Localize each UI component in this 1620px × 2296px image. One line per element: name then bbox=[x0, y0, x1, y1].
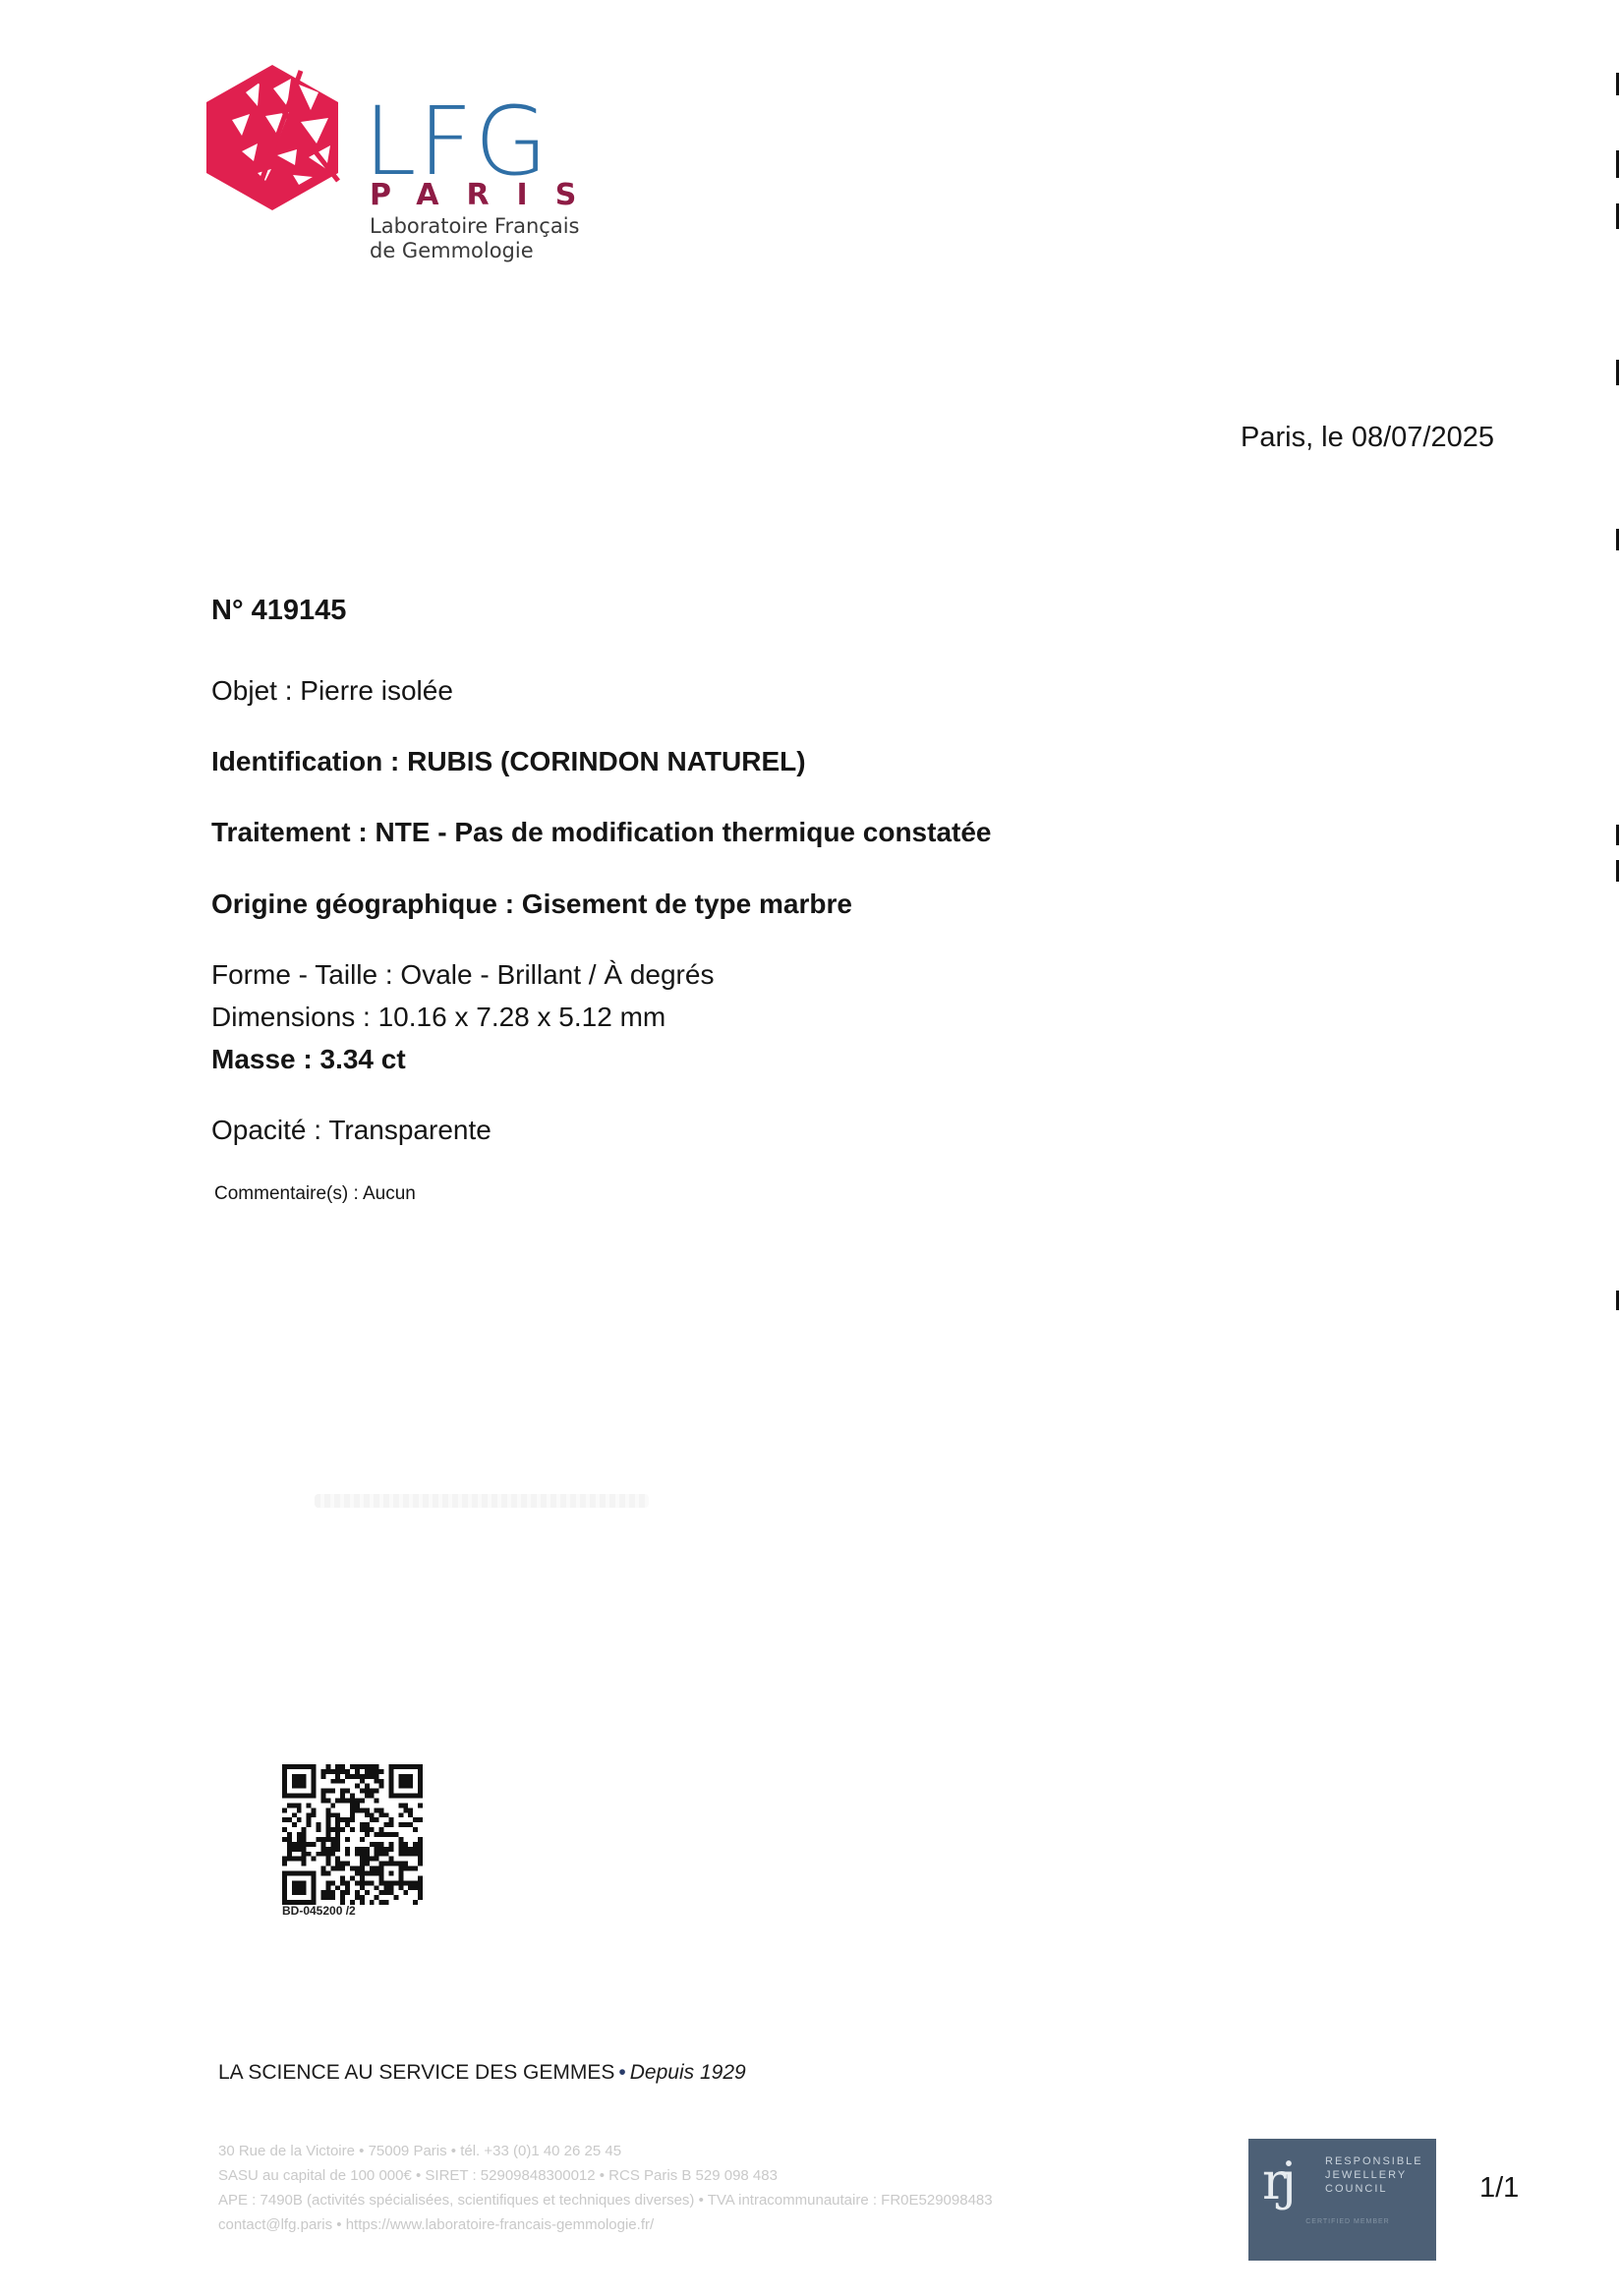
tagline-since: Depuis 1929 bbox=[630, 2061, 746, 2084]
footer-company-registration: SASU au capital de 100 000€ • SIRET : 52… bbox=[218, 2166, 778, 2186]
rjc-badge-text: RESPONSIBLE JEWELLERY COUNCIL bbox=[1325, 2154, 1423, 2196]
scan-edge-mark bbox=[1616, 529, 1619, 550]
report-date: Paris, le 08/07/2025 bbox=[1241, 421, 1494, 454]
scan-edge-mark bbox=[1616, 825, 1619, 845]
field-objet: Objet : Pierre isolée bbox=[211, 674, 453, 708]
scan-edge-mark bbox=[1616, 203, 1619, 229]
field-commentaire: Commentaire(s) : Aucun bbox=[214, 1182, 416, 1206]
logo-brand-text: LFG bbox=[364, 94, 550, 189]
page-number: 1/1 bbox=[1479, 2171, 1519, 2205]
footer-contact: contact@lfg.paris • https://www.laborato… bbox=[218, 2215, 654, 2235]
field-forme-taille: Forme - Taille : Ovale - Brillant / À de… bbox=[211, 958, 714, 992]
tagline-separator: • bbox=[618, 2061, 625, 2084]
scan-edge-mark bbox=[1616, 73, 1619, 95]
footer-tagline: LA SCIENCE AU SERVICE DES GEMMES•Depuis … bbox=[218, 2060, 746, 2086]
scan-edge-mark bbox=[1616, 150, 1619, 178]
footer-ape-tva: APE : 7490B (activités spécialisées, sci… bbox=[218, 2191, 993, 2210]
qr-code-label: BD-045200 /2 bbox=[282, 1904, 356, 1918]
qr-code-icon[interactable] bbox=[282, 1764, 423, 1905]
logo-subtitle-line2: de Gemmologie bbox=[370, 239, 534, 262]
scan-smudge bbox=[315, 1494, 649, 1508]
logo-subtitle-line1: Laboratoire Français bbox=[370, 214, 580, 238]
rjc-badge: rj RESPONSIBLE JEWELLERY COUNCIL CERTIFI… bbox=[1248, 2139, 1436, 2261]
field-traitement: Traitement : NTE - Pas de modification t… bbox=[211, 816, 992, 849]
field-dimensions: Dimensions : 10.16 x 7.28 x 5.12 mm bbox=[211, 1001, 665, 1034]
field-opacite: Opacité : Transparente bbox=[211, 1114, 492, 1147]
footer-address: 30 Rue de la Victoire • 75009 Paris • té… bbox=[218, 2142, 621, 2161]
field-identification: Identification : RUBIS (CORINDON NATUREL… bbox=[211, 745, 806, 778]
scan-edge-mark bbox=[1616, 860, 1619, 882]
field-masse: Masse : 3.34 ct bbox=[211, 1043, 406, 1076]
tagline-text: LA SCIENCE AU SERVICE DES GEMMES bbox=[218, 2061, 614, 2084]
certificate-number: N° 419145 bbox=[211, 594, 346, 627]
rjc-certified-text: CERTIFIED MEMBER bbox=[1294, 2217, 1402, 2227]
scan-edge-mark bbox=[1616, 1291, 1619, 1310]
lfg-gem-logo-icon bbox=[202, 63, 342, 212]
logo-city-text: PARIS bbox=[370, 181, 604, 210]
rjc-logo-icon: rj bbox=[1262, 2152, 1291, 2211]
scan-edge-mark bbox=[1616, 360, 1619, 385]
field-origine: Origine géographique : Gisement de type … bbox=[211, 888, 852, 921]
